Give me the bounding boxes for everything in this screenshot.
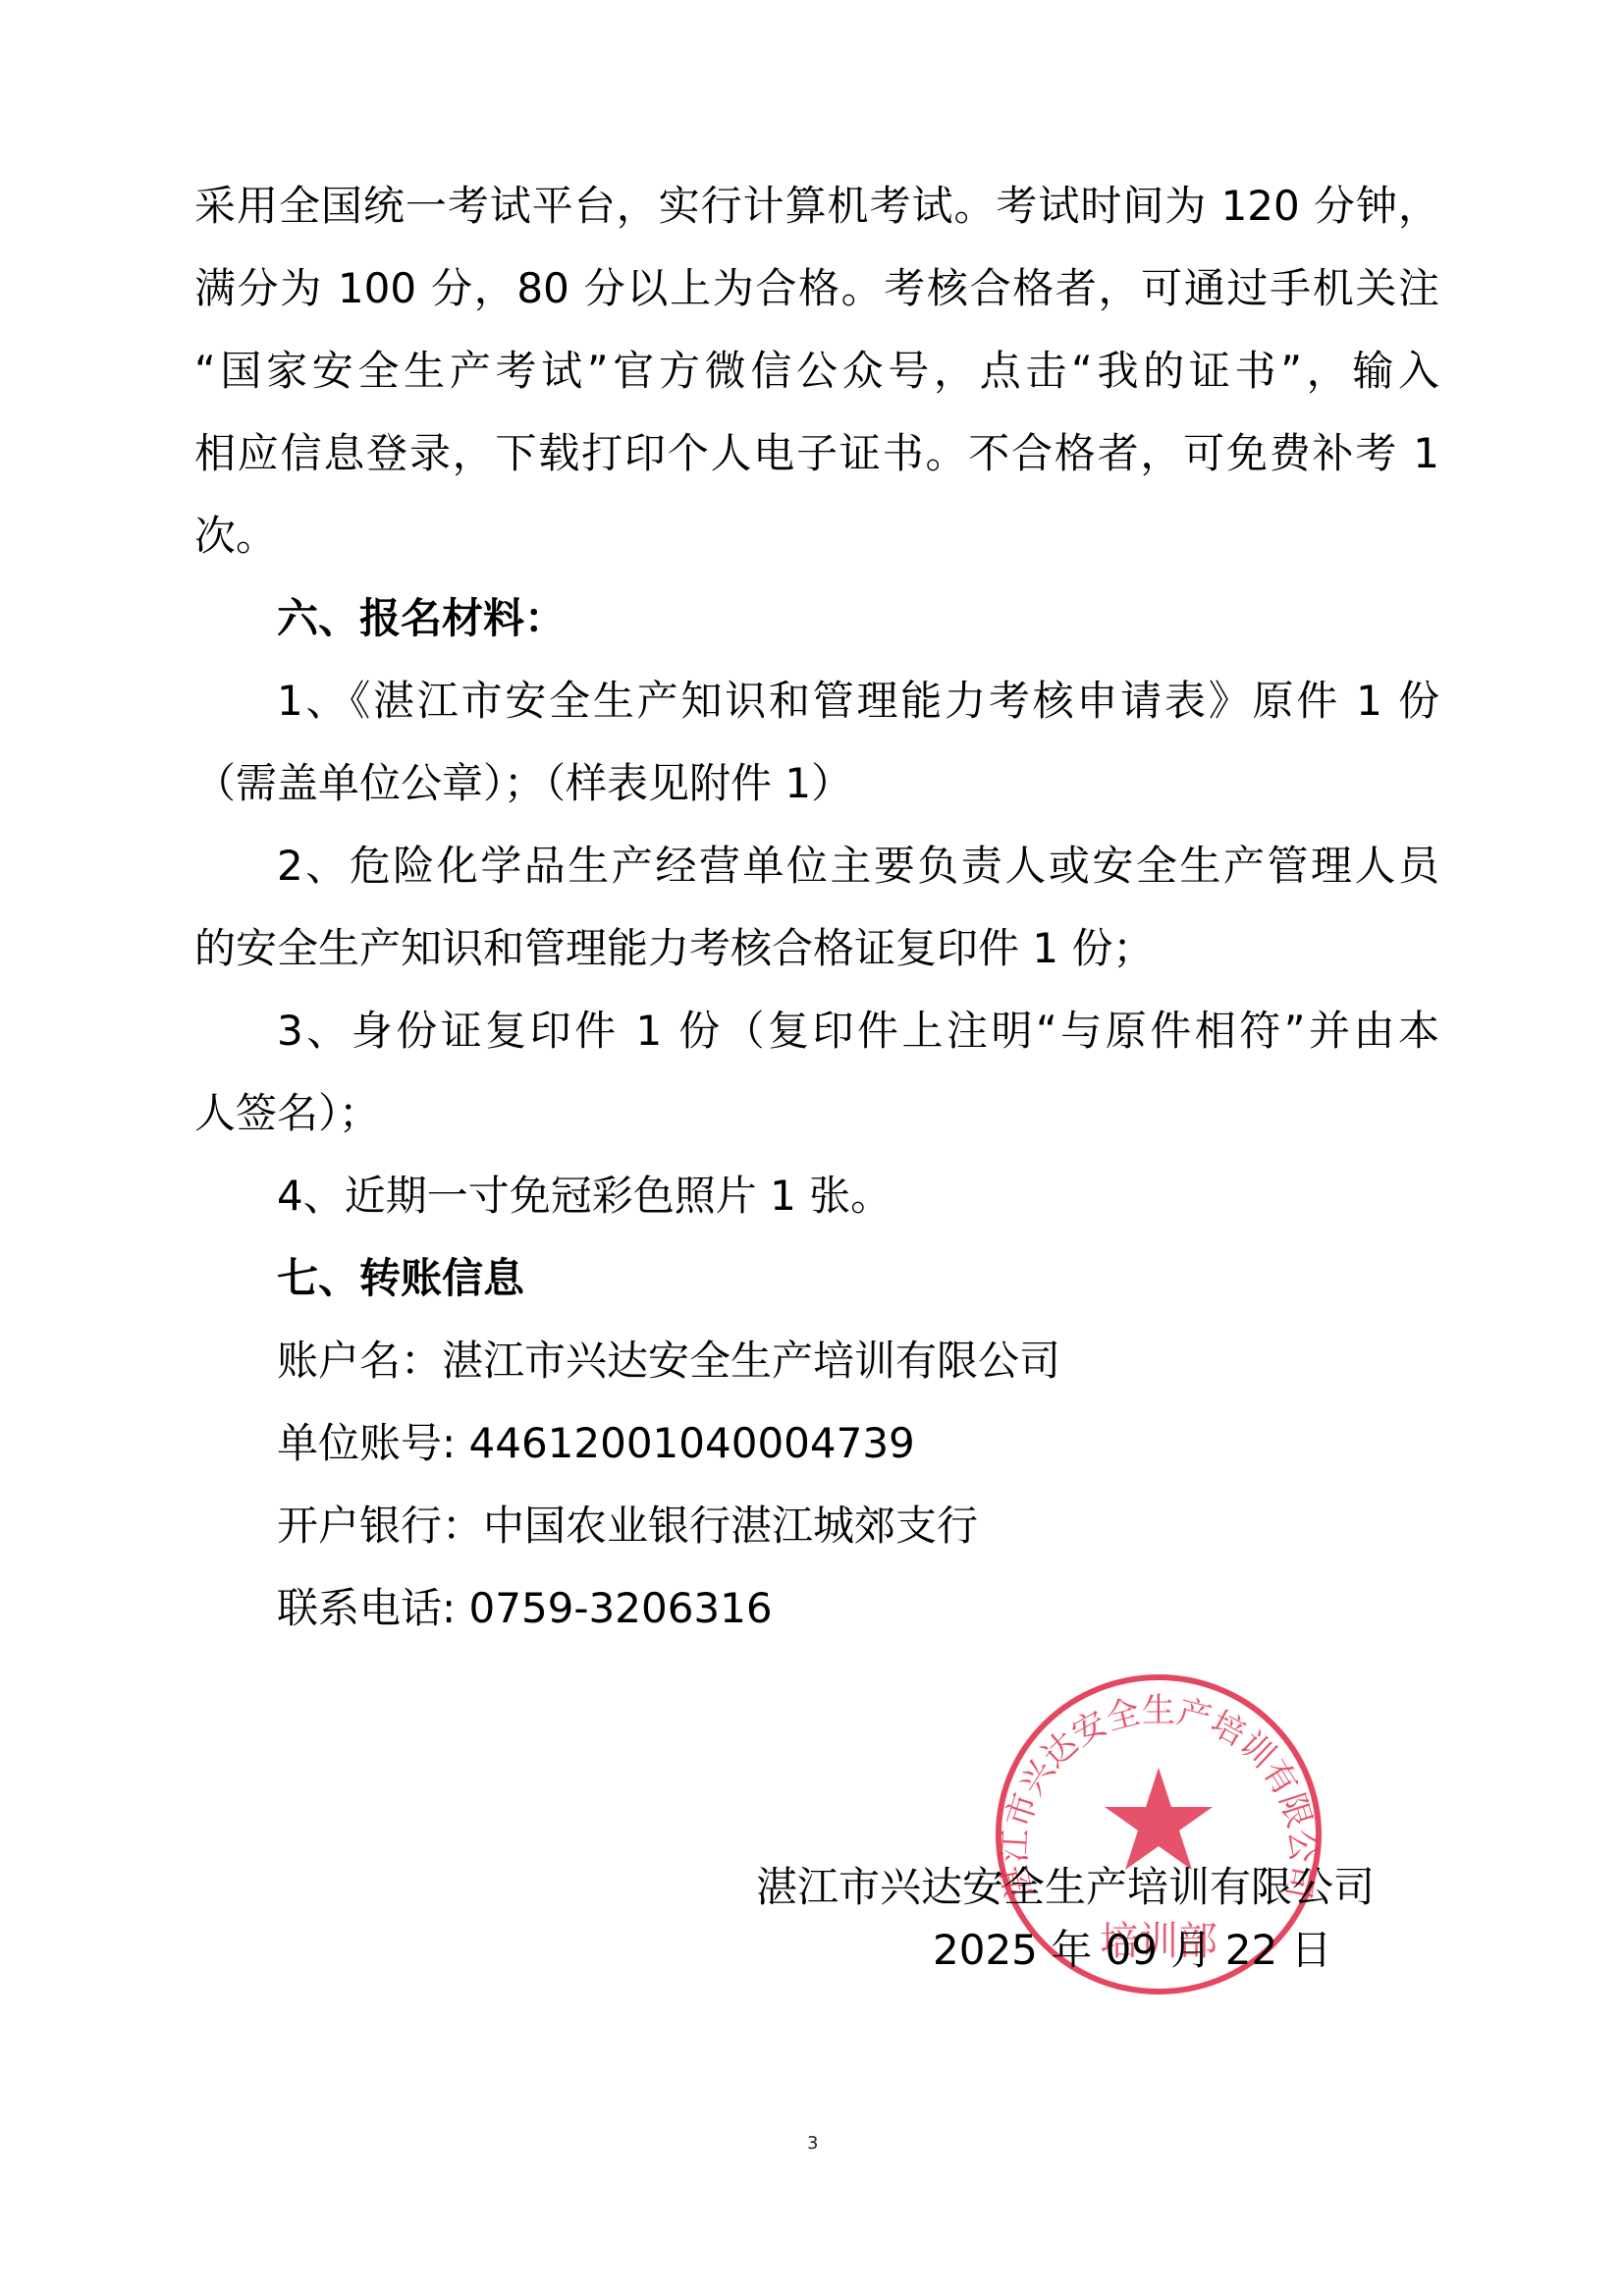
signature-date: 2025 年 09 月 22 日 — [933, 1923, 1332, 1978]
paragraph-line: 相应信息登录，下载打印个人电子证书。不合格者，可免费补考 1 — [194, 426, 1439, 481]
bank-name: 开户银行：中国农业银行湛江城郊支行 — [277, 1499, 978, 1554]
materials-item-2: 2、危险化学品生产经营单位主要负责人或安全生产管理人员 — [277, 839, 1439, 894]
materials-item-3-cont: 人签名）； — [194, 1086, 380, 1141]
materials-item-1-cont: （需盖单位公章）；（样表见附件 1） — [194, 756, 852, 811]
page-number: 3 — [807, 2133, 818, 2154]
materials-item-3: 3、身份证复印件 1 份（复印件上注明“与原件相符”并由本 — [277, 1004, 1439, 1059]
paragraph-line: 满分为 100 分，80 分以上为合格。考核合格者，可通过手机关注 — [194, 261, 1439, 316]
materials-item-4: 4、近期一寸免冠彩色照片 1 张。 — [277, 1169, 892, 1224]
signature-company: 湛江市兴达安全生产培训有限公司 — [756, 1860, 1375, 1915]
materials-item-2-cont: 的安全生产知识和管理能力考核合格证复印件 1 份； — [194, 921, 1154, 976]
account-name: 账户名：湛江市兴达安全生产培训有限公司 — [277, 1334, 1060, 1389]
paragraph-line: 次。 — [194, 509, 277, 564]
account-number: 单位账号: 44612001040004739 — [277, 1416, 915, 1471]
document-page: 采用全国统一考试平台，实行计算机考试。考试时间为 120 分钟， 满分为 100… — [0, 0, 1623, 2296]
paragraph-line: “国家安全生产考试”官方微信公众号，点击“我的证书”，输入 — [194, 344, 1439, 399]
star-icon — [1105, 1768, 1213, 1870]
section-heading-transfer: 七、转账信息 — [277, 1251, 524, 1306]
materials-item-1: 1、《湛江市安全生产知识和管理能力考核申请表》原件 1 份 — [277, 674, 1439, 729]
contact-phone: 联系电话: 0759-3206316 — [277, 1581, 773, 1636]
section-heading-materials: 六、报名材料： — [277, 591, 566, 646]
paragraph-line: 采用全国统一考试平台，实行计算机考试。考试时间为 120 分钟， — [194, 179, 1439, 234]
